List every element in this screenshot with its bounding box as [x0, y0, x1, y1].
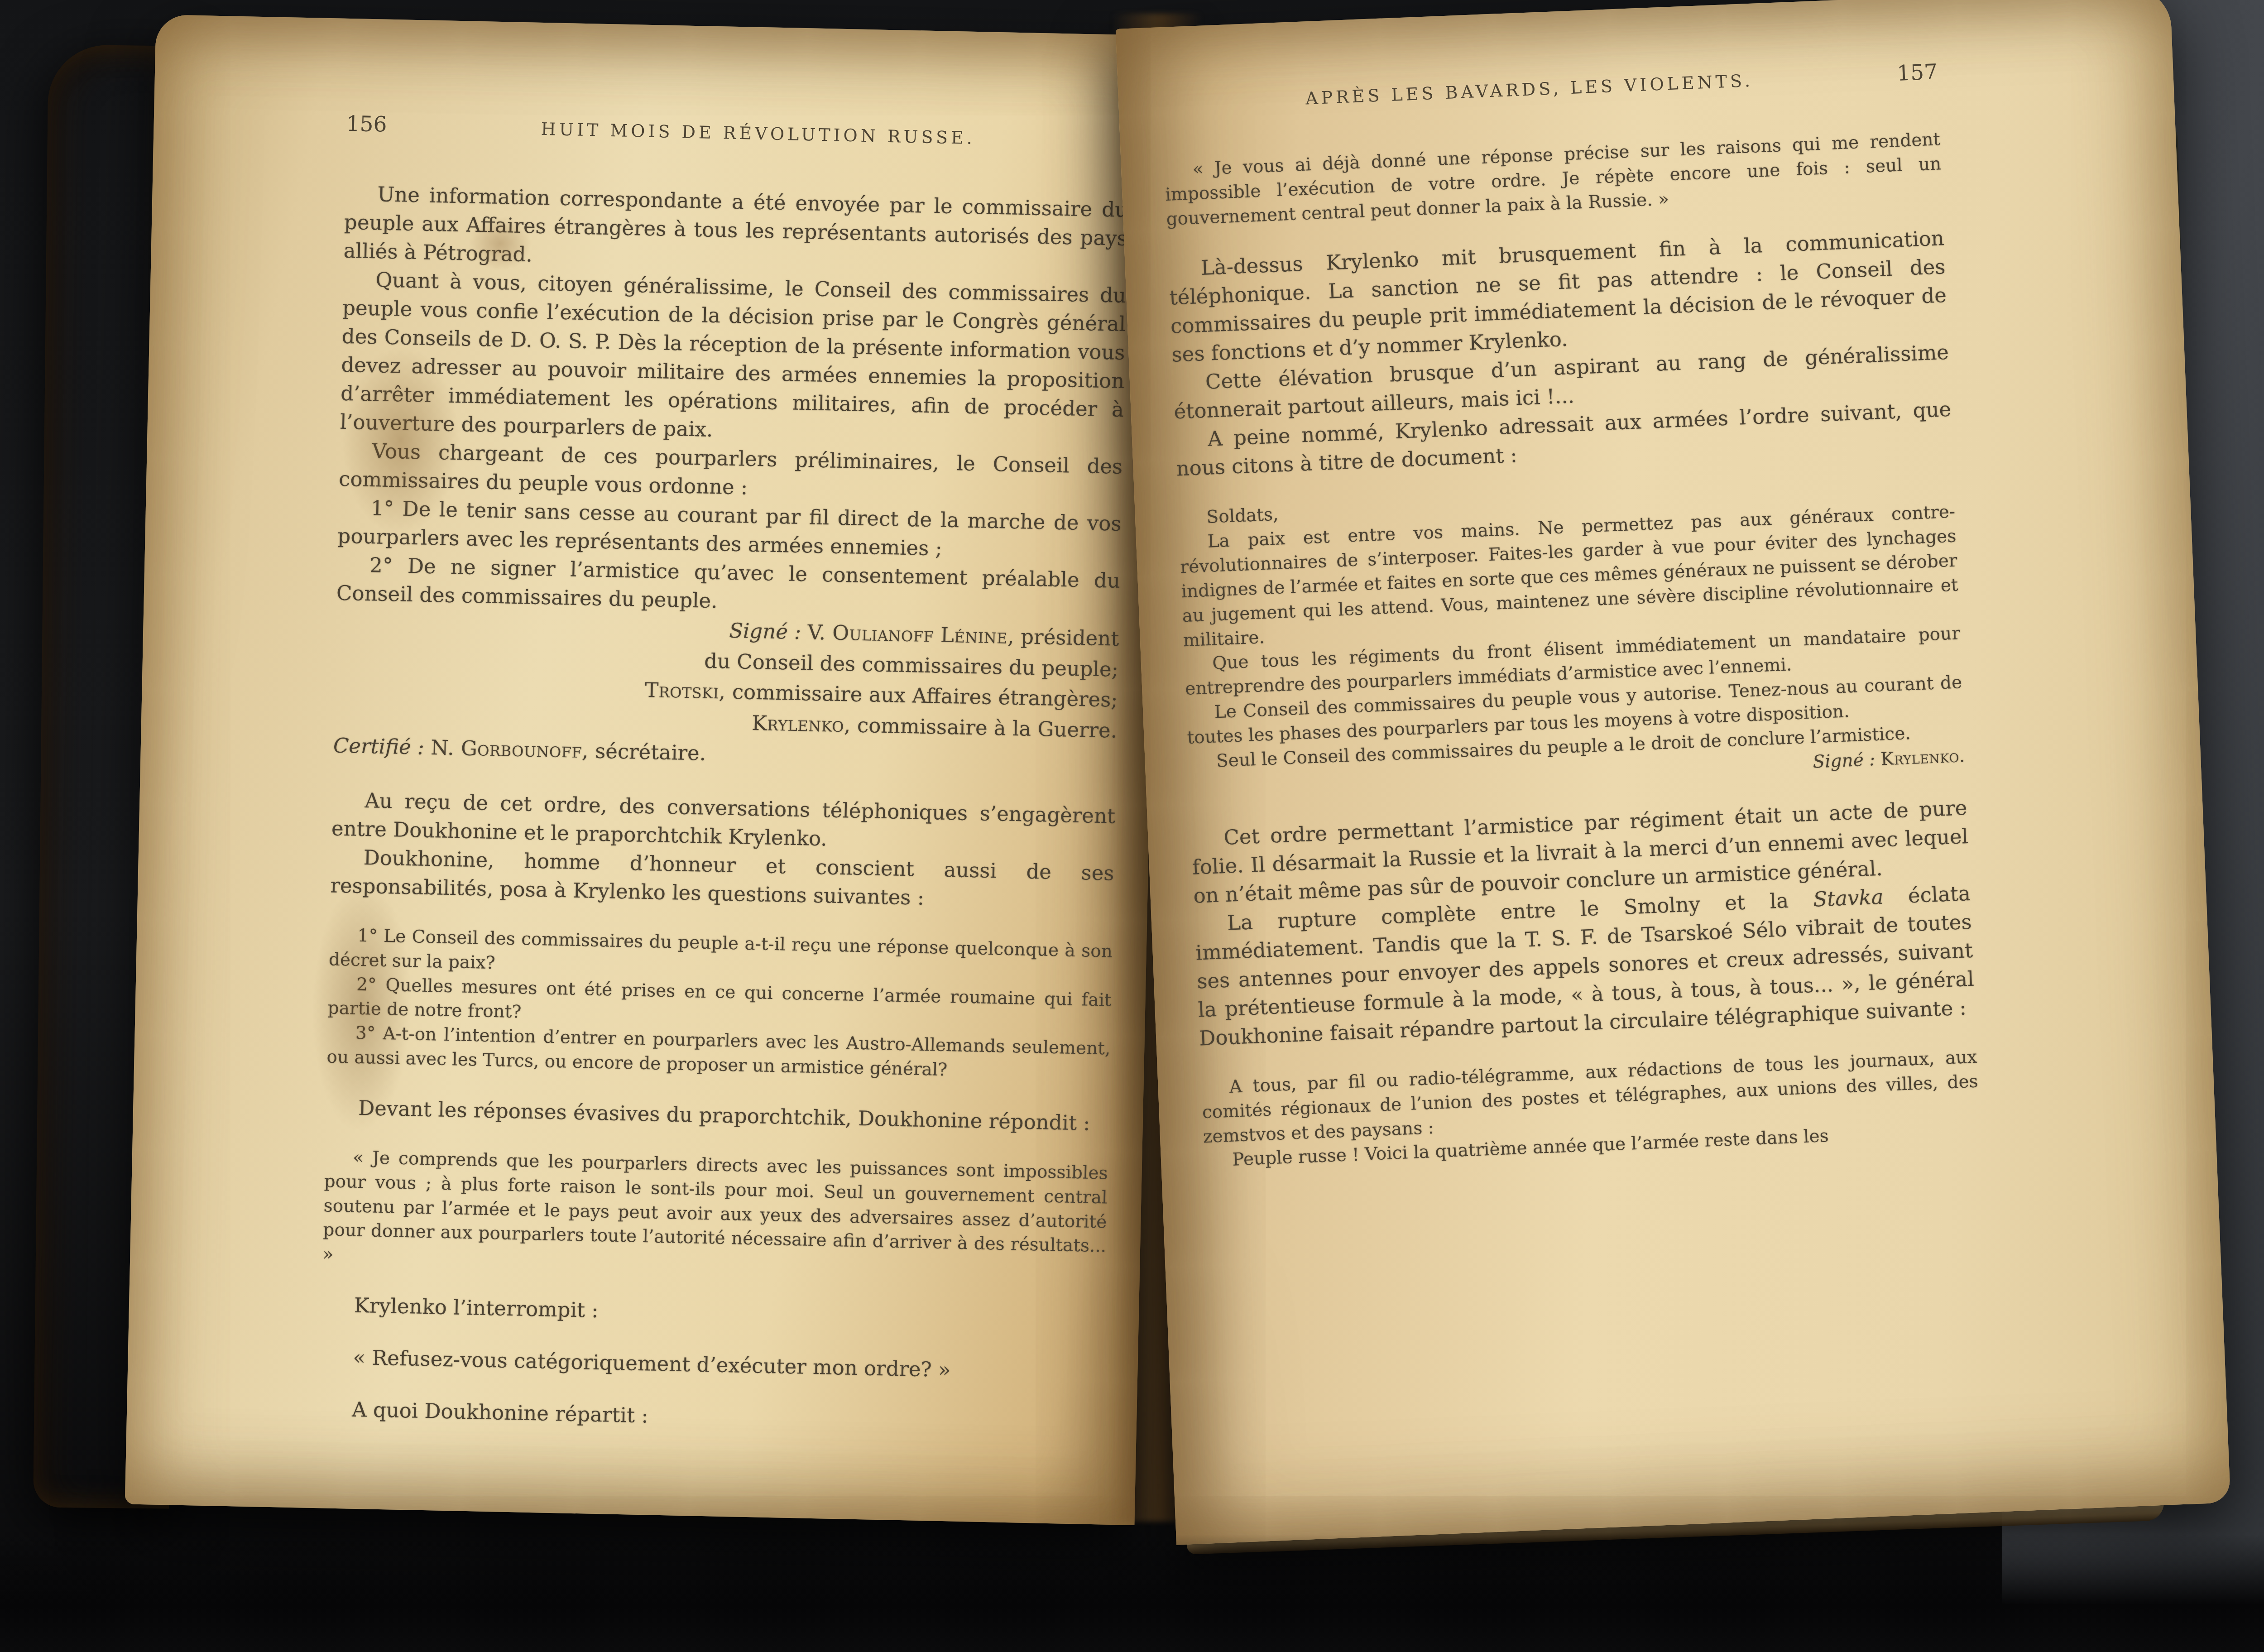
right-page-number: 157	[1896, 59, 1938, 86]
paragraph: « Refusez-vous catégoriquement d’exécute…	[320, 1342, 1104, 1387]
right-page: APRÈS LES BAVARDS, LES VIOLENTS. 157 « J…	[1116, 0, 2231, 1545]
paragraph: Quant à vous, citoyen généralissime, le …	[340, 265, 1127, 452]
left-running-head: 156 HUIT MOIS DE RÉVOLUTION RUSSE.	[346, 111, 1130, 153]
photo-scene: 156 HUIT MOIS DE RÉVOLUTION RUSSE. Une i…	[0, 0, 2264, 1652]
right-running-head: APRÈS LES BAVARDS, LES VIOLENTS. 157	[1161, 59, 1938, 115]
bottom-shadow	[0, 1534, 2264, 1652]
paragraph: Devant les réponses évasives du praporch…	[326, 1093, 1109, 1138]
left-text-column: Une information correspondante a été env…	[319, 179, 1128, 1440]
paragraph: A quoi Doukhonine répartit :	[319, 1394, 1103, 1439]
paragraph: Une information correspondante a été env…	[343, 179, 1128, 281]
left-running-title: HUIT MOIS DE RÉVOLUTION RUSSE.	[387, 116, 1130, 151]
left-page: 156 HUIT MOIS DE RÉVOLUTION RUSSE. Une i…	[125, 14, 1166, 1525]
right-running-title: APRÈS LES BAVARDS, LES VIOLENTS.	[1161, 65, 1898, 114]
right-text-column: « Je vous ai déjà donné une réponse préc…	[1164, 127, 1981, 1173]
paragraph: La rupture complète entre le Smolny et l…	[1194, 879, 1976, 1053]
paragraph: « Je comprends que les pourparlers direc…	[322, 1145, 1108, 1283]
paragraph: « Je vous ai déjà donné une réponse préc…	[1164, 127, 1943, 231]
left-page-number: 156	[346, 111, 387, 137]
paragraph: Krylenko l’interrompit :	[321, 1290, 1105, 1335]
open-book: 156 HUIT MOIS DE RÉVOLUTION RUSSE. Une i…	[27, 5, 2237, 1580]
